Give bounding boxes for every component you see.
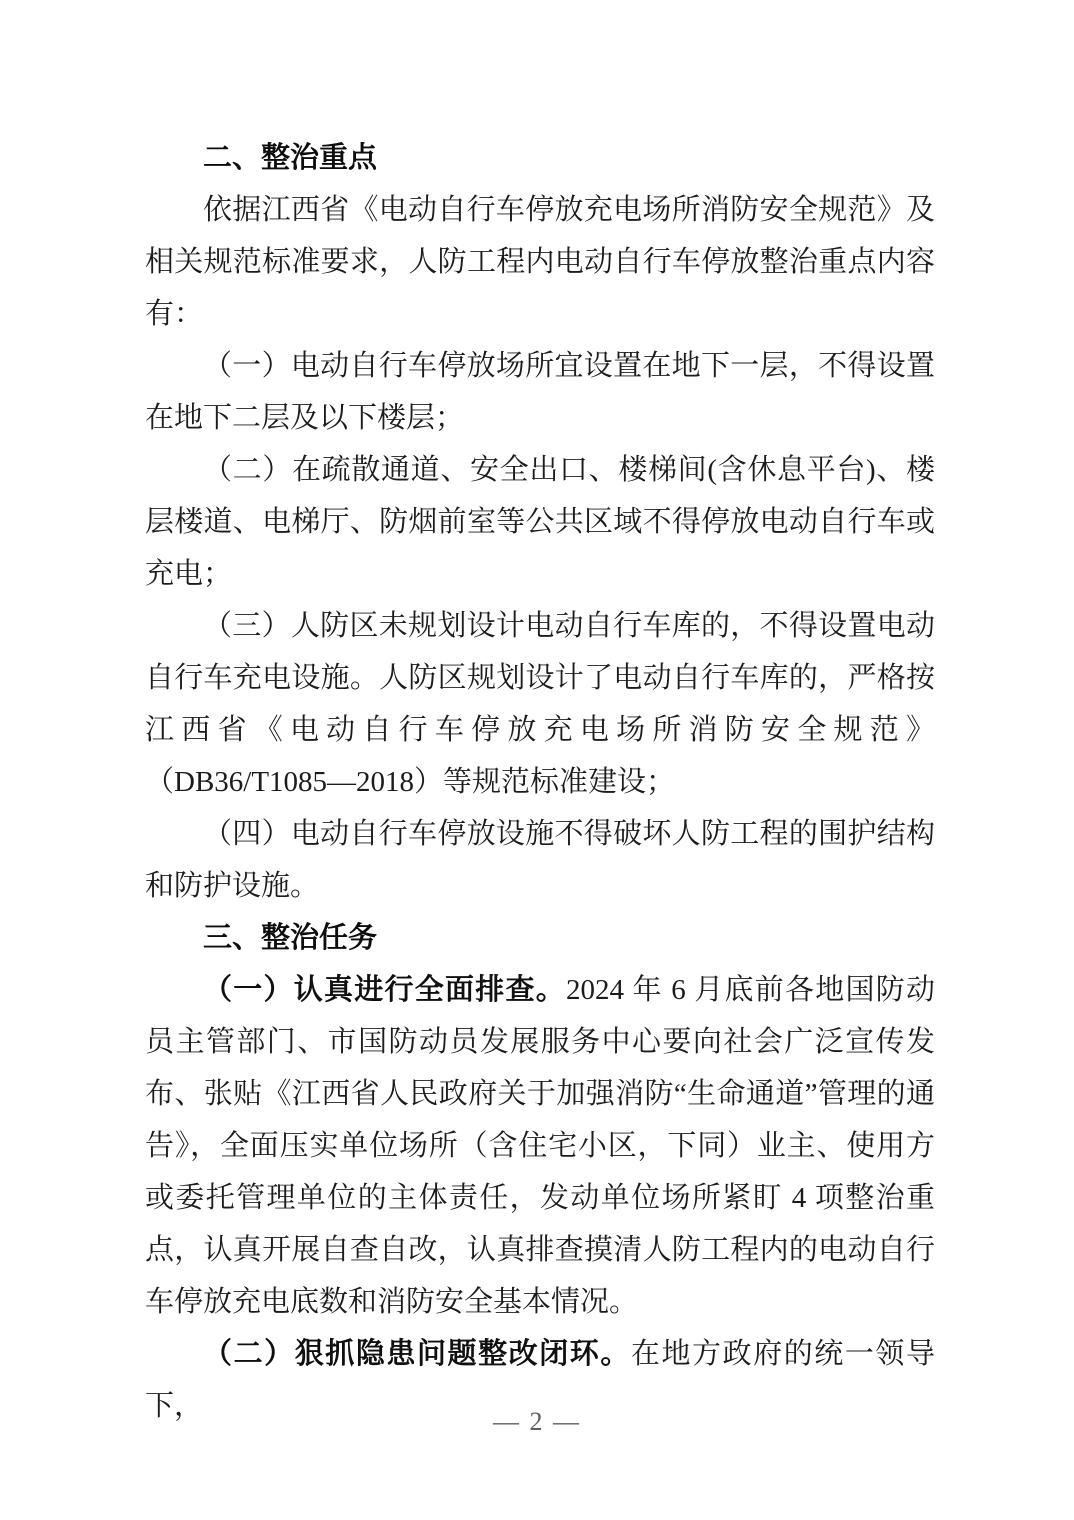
section3-task-1-body: 2024 年 6 月底前各地国防动员主管部门、市国防动员发展服务中心要向社会广泛…	[145, 974, 935, 1318]
page-number: — 2 —	[0, 1406, 1074, 1438]
section2-heading: 二、整治重点	[145, 132, 935, 184]
document-body: 二、整治重点 依据江西省《电动自行车停放充电场所消防安全规范》及相关规范标准要求…	[145, 132, 935, 1432]
section3-task-2-lead: （二）狠抓隐患问题整改闭环。	[203, 1338, 631, 1370]
section3-heading: 三、整治任务	[145, 912, 935, 964]
section2-item-2: （二）在疏散通道、安全出口、楼梯间(含休息平台)、楼层楼道、电梯厅、防烟前室等公…	[145, 444, 935, 600]
section3-task-1: （一）认真进行全面排查。2024 年 6 月底前各地国防动员主管部门、市国防动员…	[145, 964, 935, 1328]
section2-intro-paragraph: 依据江西省《电动自行车停放充电场所消防安全规范》及相关规范标准要求，人防工程内电…	[145, 184, 935, 340]
section3-task-1-lead: （一）认真进行全面排查。	[203, 974, 566, 1006]
section2-item-1: （一）电动自行车停放场所宜设置在地下一层，不得设置在地下二层及以下楼层；	[145, 340, 935, 444]
section2-item-4: （四）电动自行车停放设施不得破坏人防工程的围护结构和防护设施。	[145, 808, 935, 912]
section2-item-3: （三）人防区未规划设计电动自行车库的，不得设置电动自行车充电设施。人防区规划设计…	[145, 600, 935, 808]
document-page: 二、整治重点 依据江西省《电动自行车停放充电场所消防安全规范》及相关规范标准要求…	[0, 0, 1074, 1520]
